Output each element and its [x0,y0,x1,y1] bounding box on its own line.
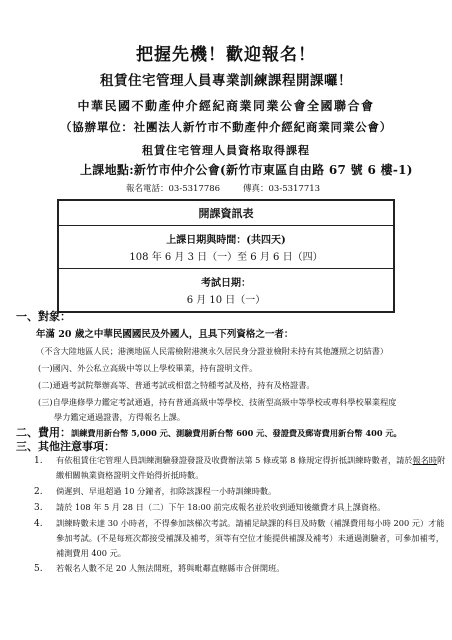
note-item-3: 3.請於 108 年 5 月 28 日（二）下午 18:00 前完成報名並於收到… [34,502,385,513]
note-item-4: 4.訓練時數未達 30 小時者，不得參加該梯次考試。請補足缺課的科目及時數（補課… [34,518,445,529]
info-table-title: 開課資訊表 [58,200,394,226]
course-announcement: 租賃住宅管理人員專業訓練課程開課囉！ [0,69,452,89]
course-dates-value: 108 年 6 月 3 日（一）至 6 月 6 日（四） [58,247,394,269]
co-organizer: （協辦單位：社團法人新竹市不動產仲介經紀商業同業公會） [0,119,452,135]
section-notes-heading: 三、其他注意事項： [16,438,115,454]
section-eligibility-heading: 一、對象： [16,308,71,324]
registration-phone: 報名電話：03-5317786 [126,182,220,194]
note-item-4-cont-2: 補測費用 400 元。 [56,548,126,559]
eligibility-statement: 年滿 20 歲之中華民國國民及外國人，且具下列資格之一者： [36,326,293,340]
organizer-name: 中華民國不動產仲介經紀商業同業公會全國聯合會 [0,97,452,114]
eligibility-note: （不含大陸地區人民；港澳地區人民需檢附港澳永久居民身分證並檢附未持有其他護照之切… [36,346,388,357]
exam-date-value: 6 月 10 日（一） [58,290,394,312]
note-item-4-cont-1: 參加考試。(不是每班次都接受補課及補考，須等有空位才能提供補課及補考）未通過測驗… [56,533,444,544]
slogan-heading: 把握先機！歡迎報名！ [0,40,452,65]
note-item-1: 1.有依租賃住宅管理人員訓練測驗發證發證及收費辦法第 5 條或第 8 條規定得折… [34,455,445,466]
fees-text: 訓練費用新台幣 5,000 元、測驗費用新台幣 600 元、發證費及郵寄費用新台… [71,428,402,438]
eligibility-item-2: (二)通過考試院舉辦高等、普通考試或相當之特種考試及格，持有及格證書。 [38,380,315,391]
eligibility-item-1: (一)國內、外公私立高級中等以上學校畢業，持有證明文件。 [38,363,257,374]
exam-date-label: 考試日期： [58,269,394,291]
course-info-table: 開課資訊表 上課日期與時間：(共四天) 108 年 6 月 3 日（一）至 6 … [57,199,395,313]
eligibility-item-3: (三)自學進修學力鑑定考試通過，持有普通高級中等學校、技術型高級中等學校或專科學… [38,397,396,408]
note-item-5: 5.若報名人數不足 20 人無法開班，將與毗鄰直轄縣市合併開班。 [34,563,285,574]
course-name: 租賃住宅管理人員資格取得課程 [0,142,452,158]
note-item-1-cont: 繳相關執業資格證明文件始得折抵時數。 [56,470,203,481]
course-dates-label: 上課日期與時間：(共四天) [58,226,394,248]
fax-number: 傳真：03-5317713 [243,182,320,194]
course-location: 上課地點:新竹市仲介公會(新竹市東區自由路 67 號 6 樓-1) [80,161,413,178]
note-item-2: 2.倘遲到、早退超過 10 分鐘者，扣除該課程一小時訓練時數。 [34,486,276,497]
